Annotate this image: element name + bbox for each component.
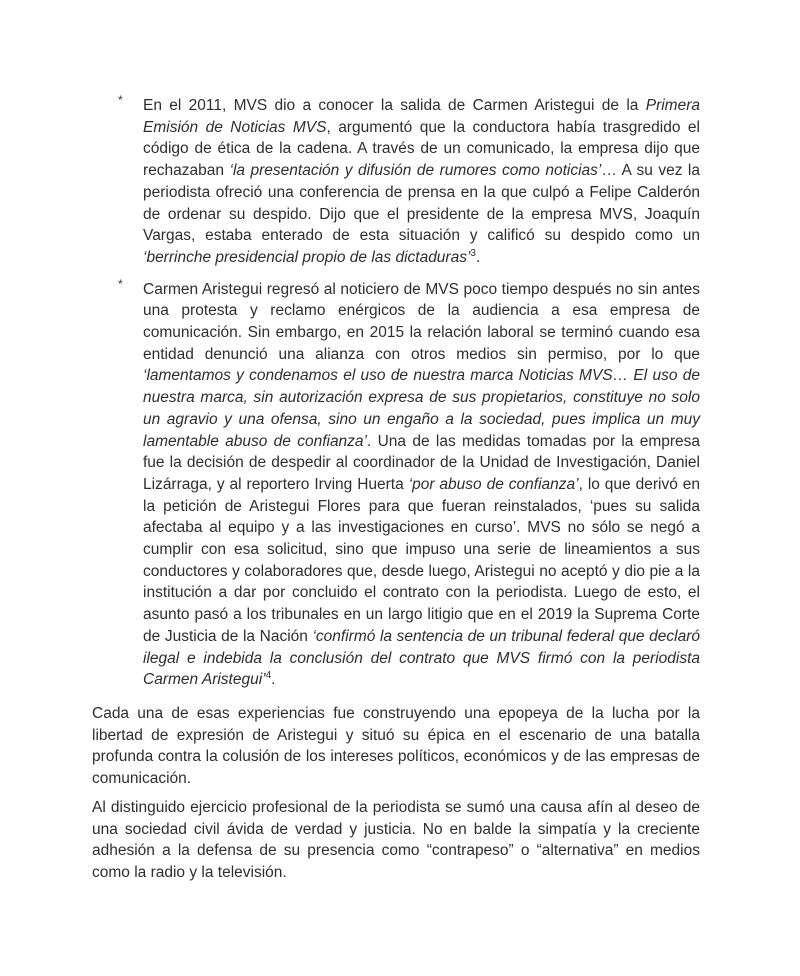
body-paragraph-1: Cada una de esas experiencias fue constr… — [92, 703, 700, 790]
body-paragraph-2: Al distinguido ejercicio profesional de … — [92, 797, 700, 884]
bullet-paragraph-1: En el 2011, MVS dio a conocer la salida … — [143, 95, 700, 269]
bullet-item: * En el 2011, MVS dio a conocer la salid… — [143, 95, 700, 269]
document-page: * En el 2011, MVS dio a conocer la salid… — [0, 0, 800, 976]
asterisk-bullet-icon: * — [118, 278, 123, 290]
bullet-paragraph-2: Carmen Aristegui regresó al noticiero de… — [143, 279, 700, 691]
bullet-list: * En el 2011, MVS dio a conocer la salid… — [92, 95, 700, 691]
bullet-item: * Carmen Aristegui regresó al noticiero … — [143, 279, 700, 691]
asterisk-bullet-icon: * — [118, 94, 123, 106]
